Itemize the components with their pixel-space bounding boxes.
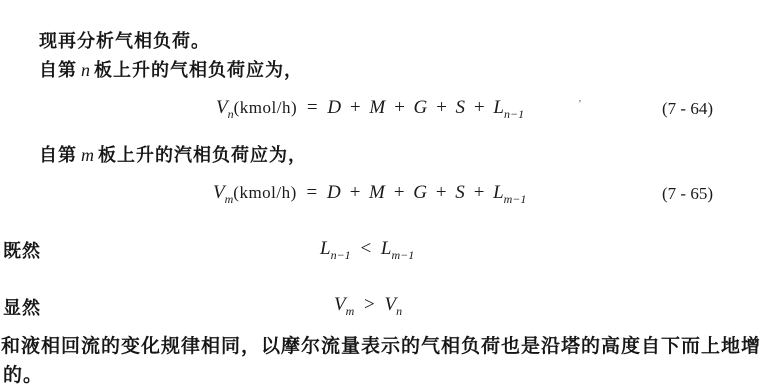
- less-than-sign: <: [358, 238, 373, 259]
- inequality-V: Vm > Vn: [334, 294, 402, 316]
- var-V: V: [385, 294, 397, 315]
- unit-kmol-h: (kmol/h): [234, 98, 298, 117]
- unit-kmol-h: (kmol/h): [233, 183, 297, 202]
- line-plate-m: 自第m板上升的汽相负荷应为，: [39, 141, 307, 167]
- line-plate-n-suffix: 板上升的气相负荷应为，: [94, 60, 303, 80]
- sub-m: m: [346, 304, 355, 318]
- sub-m-minus-1: m−1: [504, 192, 527, 206]
- rhs-terms: D + M + G + S +: [327, 182, 485, 203]
- line-plate-n: 自第n板上升的气相负荷应为，: [39, 56, 303, 82]
- equation-7-65: Vm(kmol/h) = D + M + G + S + Lm−1: [213, 182, 526, 204]
- var-V: V: [213, 182, 225, 203]
- line-plate-m-suffix: 板上升的汽相负荷应为，: [98, 145, 307, 165]
- scanned-textbook-page: 现再分析气相负荷。 自第n板上升的气相负荷应为， Vn(kmol/h) = D …: [0, 0, 761, 389]
- rhs-terms: D + M + G + S +: [327, 97, 485, 118]
- var-L: L: [493, 182, 504, 203]
- obviously-label: 显然: [3, 294, 41, 320]
- greater-than-sign: >: [362, 294, 377, 315]
- sub-n-minus-1: n−1: [504, 107, 524, 121]
- inequality-L: Ln−1 < Lm−1: [320, 238, 414, 260]
- var-L: L: [320, 238, 331, 259]
- equation-number-7-65: (7 - 65): [662, 184, 713, 204]
- equation-number-7-64: (7 - 64): [662, 99, 713, 119]
- var-L: L: [381, 238, 392, 259]
- line-plate-m-prefix: 自第: [39, 145, 77, 165]
- scan-noise-mark: ʼ: [578, 98, 582, 110]
- closing-paragraph-line-1: 和液相回流的变化规律相同，以摩尔流量表示的气相负荷也是沿塔的高度自下而上地增加: [1, 331, 761, 358]
- closing-paragraph-line-2: 的。: [3, 360, 43, 387]
- var-V: V: [334, 294, 346, 315]
- sub-m-minus-1: m−1: [391, 248, 414, 262]
- variable-n: n: [77, 60, 94, 80]
- var-V: V: [216, 97, 228, 118]
- since-label: 既然: [3, 237, 41, 263]
- line-plate-n-prefix: 自第: [39, 60, 77, 80]
- equation-7-64: Vn(kmol/h) = D + M + G + S + Ln−1: [216, 97, 524, 119]
- var-L: L: [493, 97, 504, 118]
- sub-n: n: [396, 304, 402, 318]
- equals-sign: =: [305, 97, 320, 118]
- sub-n-minus-1: n−1: [331, 248, 351, 262]
- equals-sign: =: [305, 182, 320, 203]
- intro-line: 现再分析气相负荷。: [39, 27, 210, 53]
- variable-m: m: [77, 145, 98, 165]
- sub-m: m: [225, 192, 234, 206]
